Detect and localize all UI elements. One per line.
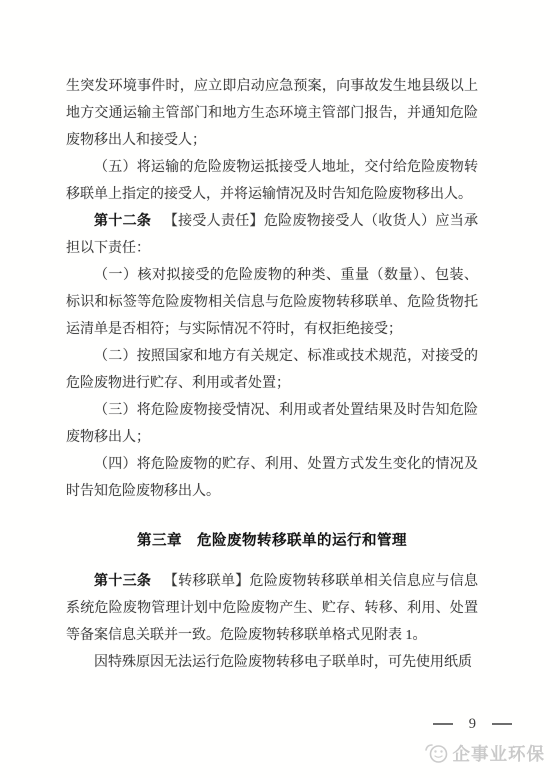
line-text: 运清单是否相符；与实际情况不符时，有权拒绝接受；	[66, 322, 402, 337]
watermark-label: 企事业环保	[453, 741, 546, 766]
article-number: 第十二条	[94, 214, 151, 229]
line-text: （一）核对拟接受的危险废物的种类、重量（数量）、包装、	[94, 268, 478, 283]
line-text: 等备案信息关联并一致。危险废物转移联单格式见附表 1。	[66, 628, 427, 643]
line-text: 时告知危险废物移出人。	[66, 484, 220, 499]
line-text: 担以下责任：	[66, 241, 150, 256]
line-text: 因特殊原因无法运行危险废物转移电子联单时，可先使用纸质	[94, 655, 472, 670]
text-line: 担以下责任：	[66, 235, 478, 262]
text-line: 第十二条【接受人责任】危险废物接受人（收货人）应当承	[66, 208, 478, 235]
text-line: 系统危险废物管理计划中危险废物产生、贮存、转移、利用、处置	[66, 595, 478, 622]
line-text: （五）将运输的危险废物运抵接受人地址，交付给危险废物转	[94, 160, 478, 175]
text-line: 废物移出人和接受人；	[66, 127, 478, 154]
text-line: 危险废物进行贮存、利用或者处置；	[66, 370, 478, 397]
text-line: （一）核对拟接受的危险废物的种类、重量（数量）、包装、	[66, 262, 478, 289]
line-text: 废物移出人；	[66, 430, 150, 445]
text-line: 第十三条【转移联单】危险废物转移联单相关信息应与信息	[66, 568, 478, 595]
text-line: 标识和标签等危险废物相关信息与危险废物转移联单、危险货物托	[66, 289, 478, 316]
text-line: 地方交通运输主管部门和地方生态环境主管部门报告，并通知危险	[66, 100, 478, 127]
line-text: 地方交通运输主管部门和地方生态环境主管部门报告，并通知危险	[66, 106, 478, 121]
line-text: 系统危险废物管理计划中危险废物产生、贮存、转移、利用、处置	[66, 601, 478, 616]
line-text: 生突发环境事件时，应立即启动应急预案，向事故发生地县级以上	[66, 79, 478, 94]
text-line: （四）将危险废物的贮存、利用、处置方式发生变化的情况及	[66, 451, 478, 478]
line-text: 废物移出人和接受人；	[66, 133, 206, 148]
text-line: 运清单是否相符；与实际情况不符时，有权拒绝接受；	[66, 316, 478, 343]
line-text: 【接受人责任】危险废物接受人（收货人）应当承	[164, 214, 478, 229]
line-text: 移联单上指定的接受人，并将运输情况及时告知危险废物移出人。	[66, 187, 472, 202]
text-line: （三）将危险废物接受情况、利用或者处置结果及时告知危险	[66, 397, 478, 424]
article-number: 第十三条	[94, 574, 151, 589]
page-number: 9	[433, 716, 512, 732]
chapter-heading: 第三章 危险废物转移联单的运行和管理	[66, 528, 478, 555]
text-line: （二）按照国家和地方有关规定、标准或技术规范，对接受的	[66, 343, 478, 370]
dash-left-decoration	[433, 723, 453, 725]
text-line: 等备案信息关联并一致。危险废物转移联单格式见附表 1。	[66, 622, 478, 649]
line-text: （三）将危险废物接受情况、利用或者处置结果及时告知危险	[94, 403, 478, 418]
text-line: （五）将运输的危险废物运抵接受人地址，交付给危险废物转	[66, 154, 478, 181]
watermark: 企事业环保	[424, 741, 546, 765]
text-line: 生突发环境事件时，应立即启动应急预案，向事故发生地县级以上	[66, 73, 478, 100]
line-text: （二）按照国家和地方有关规定、标准或技术规范，对接受的	[94, 349, 478, 364]
page-number-value: 9	[469, 716, 476, 732]
panda-chat-logo-icon	[424, 742, 449, 764]
text-line: 废物移出人；	[66, 424, 478, 451]
line-text: 【转移联单】危险废物转移联单相关信息应与信息	[164, 574, 478, 589]
line-text: （四）将危险废物的贮存、利用、处置方式发生变化的情况及	[94, 457, 478, 472]
text-line: 时告知危险废物移出人。	[66, 478, 478, 505]
text-line: 移联单上指定的接受人，并将运输情况及时告知危险废物移出人。	[66, 181, 478, 208]
text-line: 因特殊原因无法运行危险废物转移电子联单时，可先使用纸质	[66, 649, 478, 676]
document-page: 生突发环境事件时，应立即启动应急预案，向事故发生地县级以上 地方交通运输主管部门…	[0, 0, 550, 778]
document-body: 生突发环境事件时，应立即启动应急预案，向事故发生地县级以上 地方交通运输主管部门…	[0, 0, 550, 676]
line-text: 危险废物进行贮存、利用或者处置；	[66, 376, 290, 391]
dash-right-decoration	[492, 723, 512, 725]
line-text: 标识和标签等危险废物相关信息与危险废物转移联单、危险货物托	[66, 295, 478, 310]
